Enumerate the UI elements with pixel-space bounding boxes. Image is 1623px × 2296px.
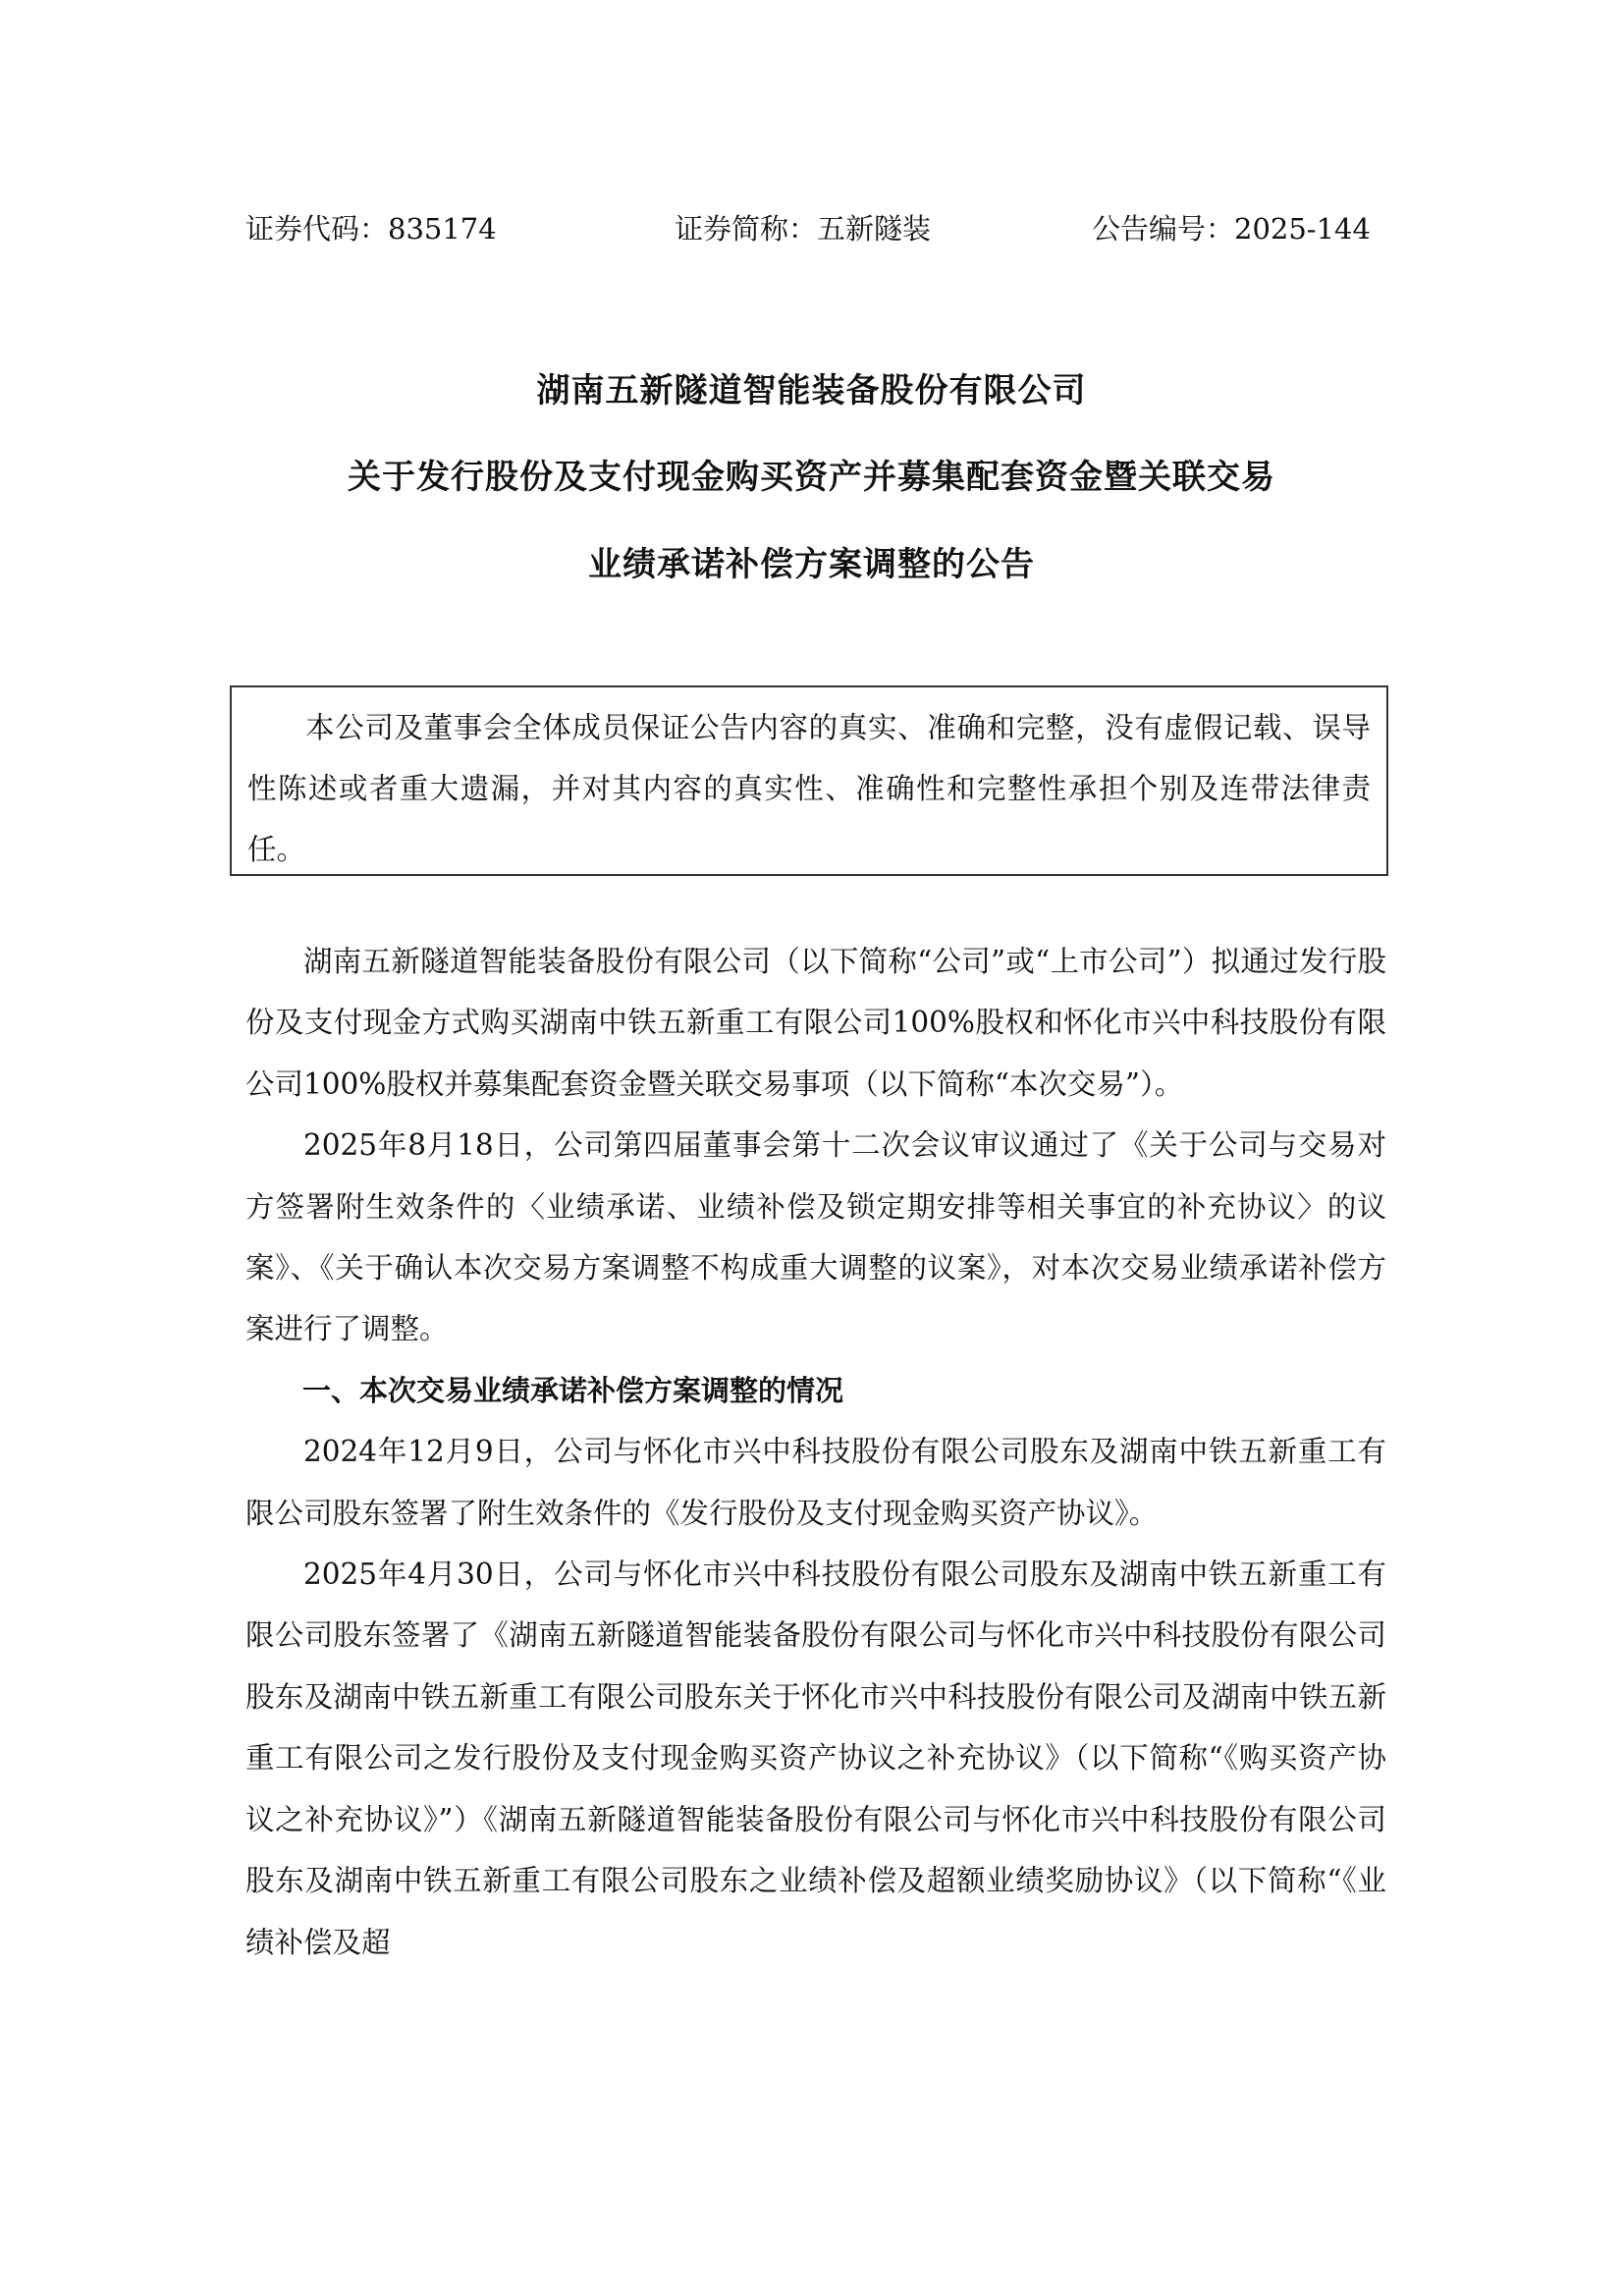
- announcement-page: 证券代码：835174 证券简称：五新隧装 公告编号：2025-144 湖南五新…: [0, 0, 1623, 2296]
- section1-paragraph-2024: 2024年12月9日，公司与怀化市兴中科技股份有限公司股东及湖南中铁五新重工有限…: [245, 1421, 1386, 1544]
- board-guarantee-notice-box: 本公司及董事会全体成员保证公告内容的真实、准确和完整，没有虚假记载、误导性陈述或…: [230, 685, 1388, 876]
- section1-paragraph-2025: 2025年4月30日，公司与怀化市兴中科技股份有限公司股东及湖南中铁五新重工有限…: [245, 1544, 1386, 1973]
- security-short-name: 证券简称：五新隧装: [675, 209, 931, 248]
- title-subject: 关于发行股份及支付现金购买资产并募集配套资金暨关联交易: [0, 454, 1623, 501]
- section-heading-1: 一、本次交易业绩承诺补偿方案调整的情况: [245, 1360, 1386, 1421]
- board-guarantee-text: 本公司及董事会全体成员保证公告内容的真实、准确和完整，没有虚假记载、误导性陈述或…: [247, 697, 1371, 880]
- title-company: 湖南五新隧道智能装备股份有限公司: [0, 367, 1623, 414]
- security-code: 证券代码：835174: [245, 209, 497, 248]
- document-header: 证券代码：835174 证券简称：五新隧装 公告编号：2025-144: [245, 209, 1384, 248]
- title-topic: 业绩承诺补偿方案调整的公告: [0, 541, 1623, 588]
- announcement-number: 公告编号：2025-144: [1092, 209, 1371, 248]
- announcement-body: 湖南五新隧道智能装备股份有限公司（以下简称“公司”或“上市公司”）拟通过发行股份…: [245, 931, 1386, 1973]
- body-paragraph-intro: 湖南五新隧道智能装备股份有限公司（以下简称“公司”或“上市公司”）拟通过发行股份…: [245, 931, 1386, 1115]
- body-paragraph-board-resolution: 2025年8月18日，公司第四届董事会第十二次会议审议通过了《关于公司与交易对方…: [245, 1115, 1386, 1360]
